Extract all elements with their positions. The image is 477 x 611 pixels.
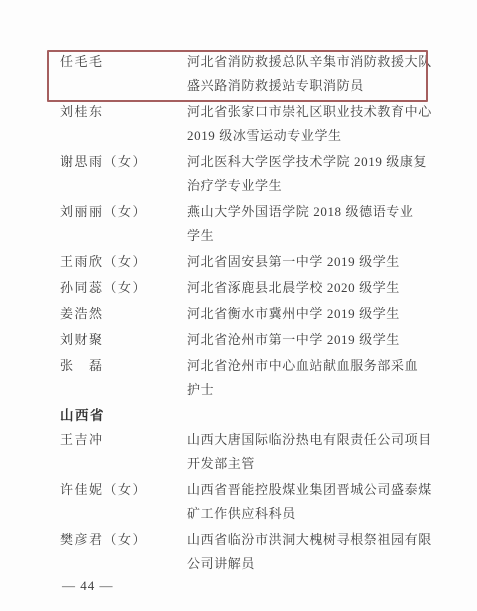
entry-description: 河北省沧州市中心血站献血服务部采血 护士 [187,354,432,402]
entry-name: 刘财聚 [60,328,187,352]
entry-name: 王雨欣（女） [60,250,187,274]
section-shanxi: 山西省 王吉冲 山西大唐国际临汾热电有限责任公司项目 开发部主管 许佳妮（女） … [60,404,432,576]
entry-row-sun-tongrui: 孙同蕊（女） 河北省涿鹿县北晨学校 2020 级学生 [60,276,432,300]
entry-name: 谢思雨（女） [60,150,187,174]
entry-description: 山西大唐国际临汾热电有限责任公司项目 开发部主管 [187,428,432,476]
entry-description: 河北省张家口市崇礼区职业技术教育中心 2019 级冰雪运动专业学生 [187,100,432,148]
entry-description: 河北省消防救援总队辛集市消防救援大队 盛兴路消防救援站专职消防员 [187,50,432,98]
entry-name: 樊彦君（女） [60,528,187,552]
entry-row-xie-siyu: 谢思雨（女） 河北医科大学医学技术学院 2019 级康复 治疗学专业学生 [60,150,432,198]
entry-name: 孙同蕊（女） [60,276,187,300]
section-hebei: 任毛毛 河北省消防救援总队辛集市消防救援大队 盛兴路消防救援站专职消防员 刘桂东… [60,50,432,402]
entry-row-liu-guidong: 刘桂东 河北省张家口市崇礼区职业技术教育中心 2019 级冰雪运动专业学生 [60,100,432,148]
entry-row-ren-maomao: 任毛毛 河北省消防救援总队辛集市消防救援大队 盛兴路消防救援站专职消防员 [60,50,432,98]
entry-description: 河北省衡水市冀州中学 2019 级学生 [187,302,432,326]
entry-description: 河北省沧州市第一中学 2019 级学生 [187,328,432,352]
entry-description: 河北省涿鹿县北晨学校 2020 级学生 [187,276,432,300]
entry-description: 燕山大学外国语学院 2018 级德语专业 学生 [187,200,432,248]
entry-name: 王吉冲 [60,428,187,452]
entry-row-jiang-haoran: 姜浩然 河北省衡水市冀州中学 2019 级学生 [60,302,432,326]
entry-row-fan-yanjun: 樊彦君（女） 山西省临汾市洪洞大槐树寻根祭祖园有限 公司讲解员 [60,528,432,576]
entry-description: 河北医科大学医学技术学院 2019 级康复 治疗学专业学生 [187,150,432,198]
entry-name: 刘丽丽（女） [60,200,187,224]
entry-row-liu-caiju: 刘财聚 河北省沧州市第一中学 2019 级学生 [60,328,432,352]
entry-name: 许佳妮（女） [60,478,187,502]
entry-name: 任毛毛 [60,50,187,74]
entry-row-xu-jiani: 许佳妮（女） 山西省晋能控股煤业集团晋城公司盛泰煤 矿工作供应科科员 [60,478,432,526]
entry-row-liu-lili: 刘丽丽（女） 燕山大学外国语学院 2018 级德语专业 学生 [60,200,432,248]
document-page: 任毛毛 河北省消防救援总队辛集市消防救援大队 盛兴路消防救援站专职消防员 刘桂东… [0,0,477,611]
entry-name: 刘桂东 [60,100,187,124]
entry-row-wang-jichong: 王吉冲 山西大唐国际临汾热电有限责任公司项目 开发部主管 [60,428,432,476]
entry-row-wang-yuxin: 王雨欣（女） 河北省固安县第一中学 2019 级学生 [60,250,432,274]
entry-row-zhang-lei: 张 磊 河北省沧州市中心血站献血服务部采血 护士 [60,354,432,402]
entry-description: 河北省固安县第一中学 2019 级学生 [187,250,432,274]
section-header-shanxi: 山西省 [60,404,432,428]
entry-name: 张 磊 [60,354,187,378]
page-number: — 44 — [62,574,114,598]
entry-description: 山西省晋能控股煤业集团晋城公司盛泰煤 矿工作供应科科员 [187,478,432,526]
entry-name: 姜浩然 [60,302,187,326]
entry-description: 山西省临汾市洪洞大槐树寻根祭祖园有限 公司讲解员 [187,528,432,576]
